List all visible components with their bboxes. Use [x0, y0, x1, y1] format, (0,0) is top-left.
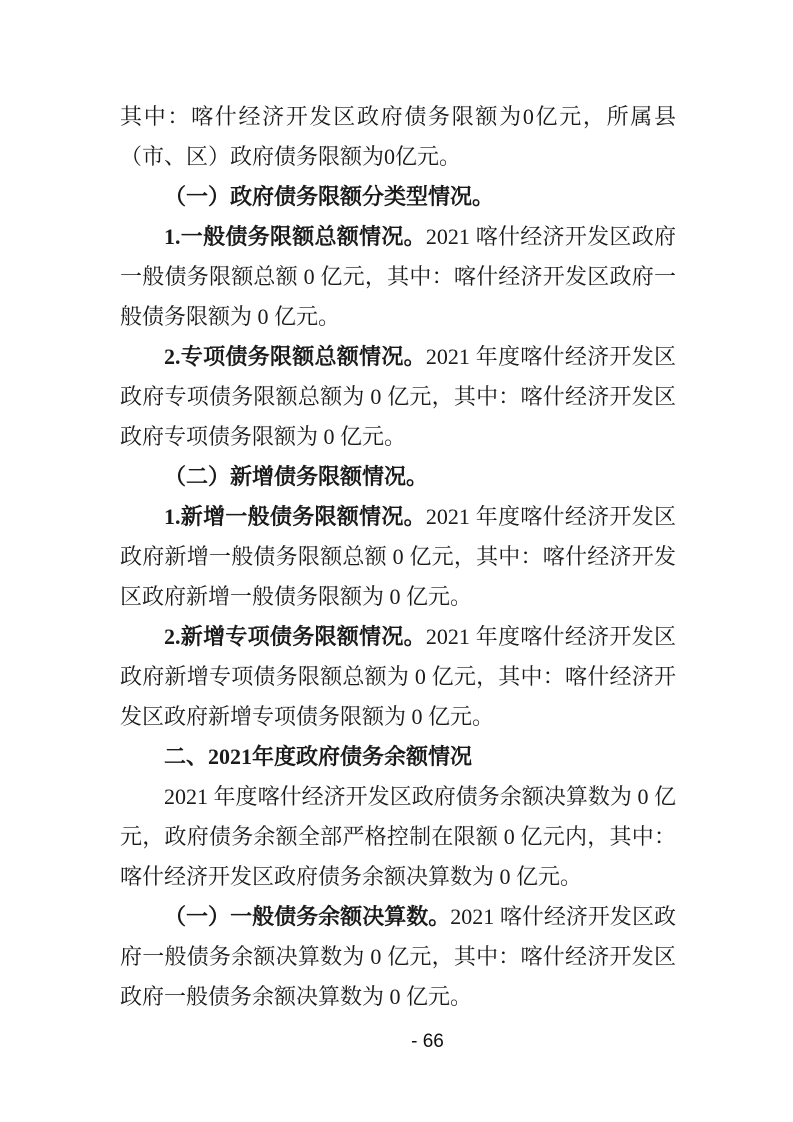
heading-text: （二）新增债务限额情况。: [164, 464, 428, 489]
para-special-debt-limit: 2.专项债务限额总额情况。2021 年度喀什经济开发区政府专项债务限额总额为 0…: [120, 337, 676, 457]
document-page: 其中：喀什经济开发区政府债务限额为0亿元，所属县（市、区）政府债务限额为0亿元。…: [0, 0, 793, 1122]
heading-text: 二、2021年度政府债务余额情况: [164, 744, 472, 769]
heading-debt-balance-2021: 二、2021年度政府债务余额情况: [120, 737, 676, 777]
para-lead: （一）一般债务余额决算数。: [164, 904, 450, 929]
para-debt-balance-summary: 2021 年度喀什经济开发区政府债务余额决算数为 0 亿元，政府债务余额全部严格…: [120, 777, 676, 897]
para-lead: 1.一般债务限额总额情况。: [164, 224, 426, 249]
page-number: - 66: [0, 1031, 793, 1053]
para-general-debt-balance: （一）一般债务余额决算数。2021 喀什经济开发区政府一般债务余额决算数为 0 …: [120, 897, 676, 1017]
heading-text: （一）政府债务限额分类型情况。: [164, 184, 494, 209]
para-text: 2021 年度喀什经济开发区政府债务余额决算数为 0 亿元，政府债务余额全部严格…: [120, 784, 676, 889]
para-lead: 1.新增一般债务限额情况。: [164, 504, 426, 529]
para-new-general-debt-limit: 1.新增一般债务限额情况。2021 年度喀什经济开发区政府新增一般债务限额总额 …: [120, 497, 676, 617]
para-text: 其中：喀什经济开发区政府债务限额为0亿元，所属县（市、区）政府债务限额为0亿元。: [120, 104, 676, 169]
document-body: 其中：喀什经济开发区政府债务限额为0亿元，所属县（市、区）政府债务限额为0亿元。…: [120, 97, 676, 1017]
para-general-debt-limit: 1.一般债务限额总额情况。2021 喀什经济开发区政府一般债务限额总额 0 亿元…: [120, 217, 676, 337]
para-lead: 2.新增专项债务限额情况。: [164, 624, 426, 649]
heading-limit-by-type: （一）政府债务限额分类型情况。: [120, 177, 676, 217]
para-continuation: 其中：喀什经济开发区政府债务限额为0亿元，所属县（市、区）政府债务限额为0亿元。: [120, 97, 676, 177]
para-new-special-debt-limit: 2.新增专项债务限额情况。2021 年度喀什经济开发区政府新增专项债务限额总额为…: [120, 617, 676, 737]
heading-new-debt-limit: （二）新增债务限额情况。: [120, 457, 676, 497]
para-lead: 2.专项债务限额总额情况。: [164, 344, 426, 369]
